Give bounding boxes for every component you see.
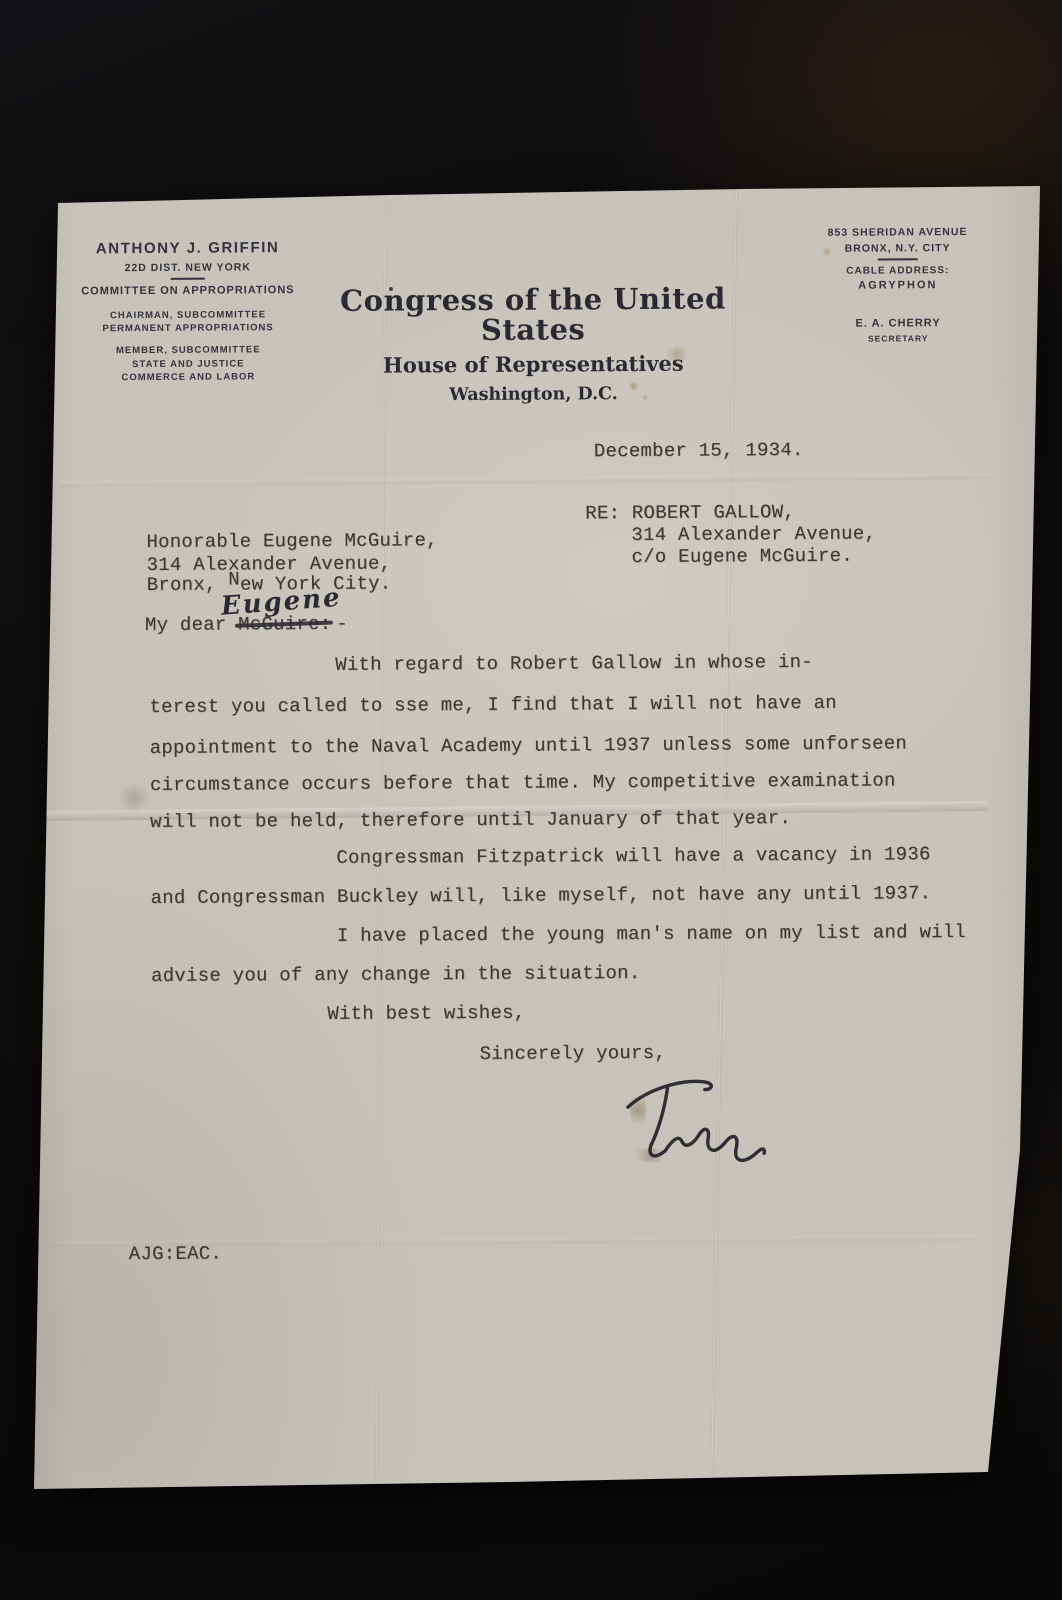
salutation-line: My dear McGuire:-	[145, 613, 348, 636]
body-line-4: circumstance occurs before that time. My…	[150, 769, 896, 796]
letterhead-state-justice: STATE AND JUSTICE	[63, 358, 313, 370]
salutation-prefix: My dear	[145, 613, 238, 636]
recipient-city-prefix: Bronx,	[147, 574, 229, 596]
letterhead-cable-label: CABLE ADDRESS:	[773, 264, 1023, 277]
paper-shadow-wrap: ANTHONY J. GRIFFIN 22D DIST. NEW YORK CO…	[0, 0, 1062, 1600]
recipient-line-1: Honorable Eugene McGuire,	[146, 529, 437, 553]
letterhead-city-address: BRONX, N.Y. CITY	[773, 243, 1023, 256]
letterhead-secretary-name: E. A. CHERRY	[773, 317, 1023, 330]
recipient-raised-n: N	[228, 568, 240, 590]
letterhead-member-line: MEMBER, SUBCOMMITTEE	[63, 344, 313, 356]
salutation-struck-name: McGuire:	[238, 613, 331, 636]
body-line-3: appointment to the Naval Academy until 1…	[150, 732, 907, 759]
body-line-1: With regard to Robert Gallow in whose in…	[335, 651, 813, 676]
letterhead-congress-title: Congress of the United States	[323, 283, 743, 346]
letterhead-chairman-line: CHAIRMAN, SUBCOMMITTEE	[63, 309, 313, 321]
re-line-3: c/o Eugene McGuire.	[631, 545, 853, 568]
closing-sincerely: Sincerely yours,	[479, 1042, 666, 1065]
letterhead-washington-line: Washington, D.C.	[323, 384, 743, 405]
body-line-5: will not be held, therefore until Januar…	[150, 807, 791, 833]
letterhead-street-address: 853 SHERIDAN AVENUE	[773, 227, 1023, 240]
letter-content: ANTHONY J. GRIFFIN 22D DIST. NEW YORK CO…	[0, 0, 1062, 1600]
letterhead-center-block: Congress of the United States House of R…	[323, 283, 744, 405]
letterhead-committee: COMMITTEE ON APPROPRIATIONS	[63, 284, 313, 297]
body-line-7: and Congressman Buckley will, like mysel…	[151, 882, 932, 909]
letterhead-left-rule	[171, 278, 205, 280]
body-line-9: advise you of any change in the situatio…	[151, 962, 641, 987]
body-line-6: Congressman Fitzpatrick will have a vaca…	[336, 843, 930, 869]
body-line-2: terest you called to sse me, I find that…	[149, 692, 837, 718]
signature-tony	[614, 1068, 775, 1169]
letterhead-commerce-labor: COMMERCE AND LABOR	[63, 371, 313, 383]
photo-of-letter: ANTHONY J. GRIFFIN 22D DIST. NEW YORK CO…	[0, 0, 1062, 1600]
letterhead-permanent-appropriations: PERMANENT APPROPRIATIONS	[63, 322, 313, 334]
letterhead-member-name: ANTHONY J. GRIFFIN	[63, 240, 313, 257]
letterhead-left-block: ANTHONY J. GRIFFIN 22D DIST. NEW YORK CO…	[63, 240, 314, 383]
re-line-2: 314 Alexander Avenue,	[631, 523, 876, 546]
closing-best-wishes: With best wishes,	[327, 1002, 525, 1025]
letter-paper: ANTHONY J. GRIFFIN 22D DIST. NEW YORK CO…	[0, 0, 1062, 1600]
body-line-8: I have placed the young man's name on my…	[337, 921, 966, 947]
letterhead-right-rule	[878, 258, 918, 260]
letterhead-secretary-title: SECRETARY	[773, 332, 1023, 345]
letterhead-district: 22D DIST. NEW YORK	[63, 262, 313, 275]
letterhead-house-title: House of Representatives	[323, 352, 743, 377]
letter-date: December 15, 1934.	[594, 439, 804, 462]
letterhead-cable-name: AGRYPHON	[773, 279, 1023, 292]
typist-initials: AJG:EAC.	[129, 1243, 222, 1266]
salutation-dash: -	[331, 613, 348, 635]
re-line-1: RE: ROBERT GALLOW,	[585, 501, 795, 524]
letterhead-right-block: 853 SHERIDAN AVENUE BRONX, N.Y. CITY CAB…	[773, 227, 1024, 345]
